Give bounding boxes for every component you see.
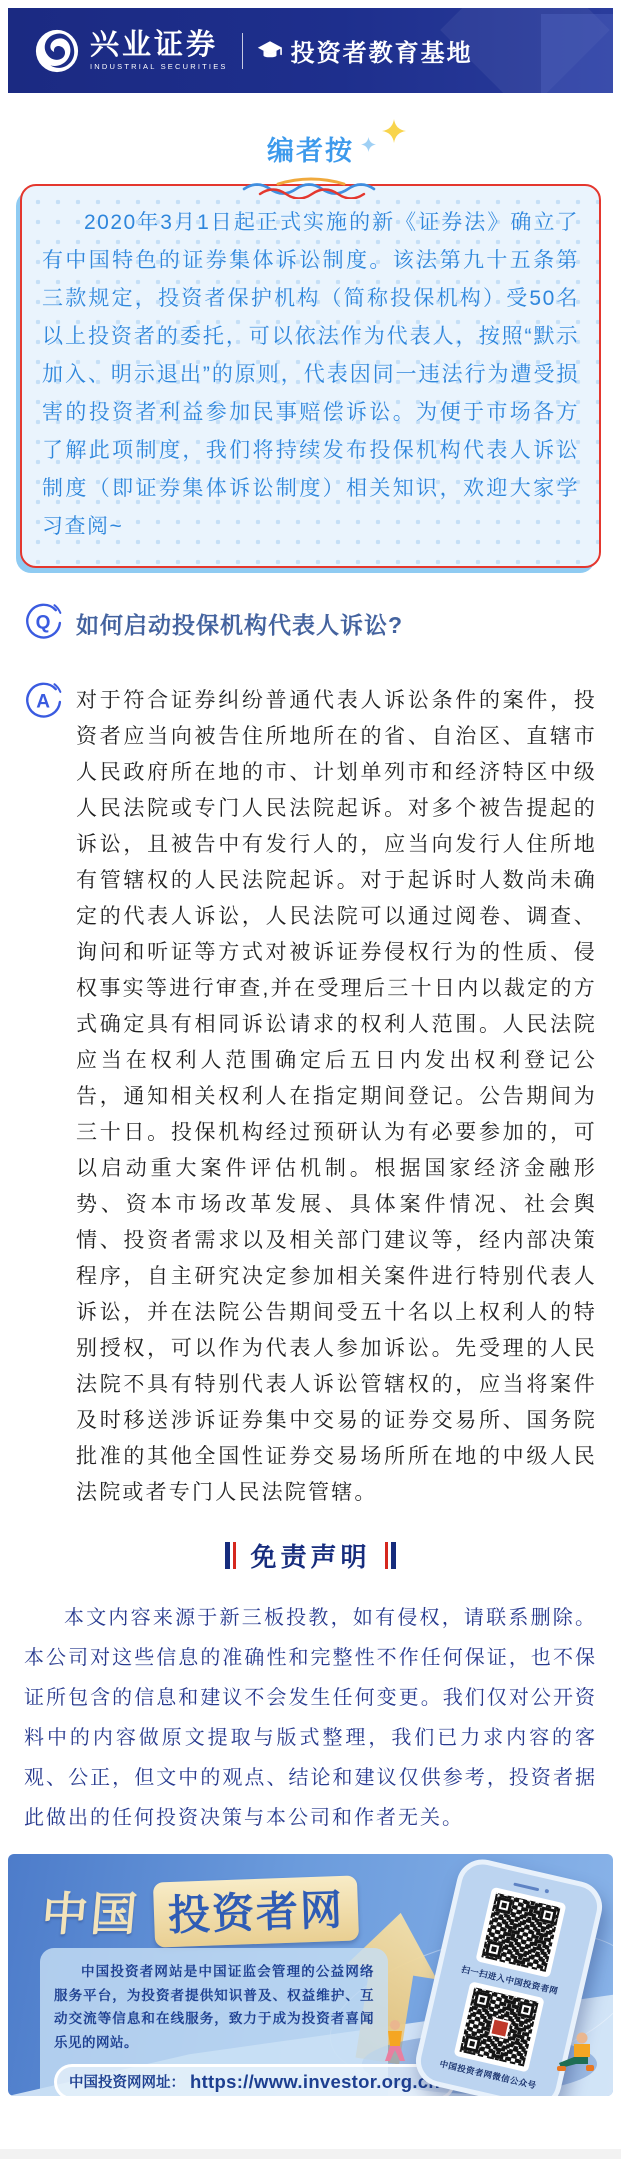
header-watermark-band (541, 14, 613, 93)
answer-text: 对于符合证券纠纷普通代表人诉讼条件的案件，投资者应当向被告住所地所在的省、自治区… (76, 683, 597, 1511)
article-page: 兴业证券 INDUSTRIAL SECURITIES 投资者教育基地 编者按 (0, 0, 621, 2184)
question-text: 如何启动投保机构代表人诉讼? (76, 607, 403, 640)
investor-network-banner: 中国 投资者网 中国投资者网站是中国证监会管理的公益网络服务平台，为投资者提供知… (8, 1854, 613, 2096)
svg-text:A: A (36, 691, 50, 712)
disclaimer-right-bars (385, 1542, 396, 1569)
url-label: 中国投资网网址： (69, 2071, 185, 2092)
disclaimer-title: 免责声明 (250, 1537, 370, 1574)
banner-title-part1: 中国 (39, 1878, 143, 1944)
editor-note-title: 编者按 (267, 136, 354, 166)
banner-description-card: 中国投资者网站是中国证监会管理的公益网络服务平台，为投资者提供知识普及、权益维护… (40, 1948, 388, 2096)
editor-note-heading-row: 编者按 (8, 129, 613, 168)
qa-section: Q 如何启动投保机构代表人诉讼? A 对于符合证券纠纷普通代表人诉讼条件的案件，… (24, 602, 597, 1511)
sparkle-yellow-icon (382, 119, 406, 148)
brand-name-cn: 兴业证券 (90, 31, 228, 60)
person-illustration-right (551, 2031, 599, 2078)
qr-code-wechat-account (454, 1981, 545, 2072)
banner-title-part2: 投资者网 (153, 1875, 359, 1947)
editor-note-body: 2020年3月1日起正式实施的新《证券法》确立了有中国特色的证券集体诉讼制度。该… (42, 204, 579, 546)
qr-code-investor-site (475, 1887, 566, 1978)
header-divider (242, 33, 243, 69)
answer-row: A 对于符合证券纠纷普通代表人诉讼条件的案件，投资者应当向被告住所地所在的省、自… (24, 681, 597, 1511)
url-value[interactable]: https://www.investor.org.cn (190, 2071, 440, 2093)
a-badge-icon: A (24, 681, 64, 726)
person-illustration-left (380, 2019, 410, 2070)
footer-strip (0, 2149, 621, 2159)
banner-title: 中国 投资者网 (42, 1878, 358, 1944)
disclaimer-heading-row: 免责声明 (8, 1537, 613, 1574)
wave-decoration-icon (216, 173, 406, 204)
sparkle-blue-icon (361, 137, 376, 157)
platform-title: 投资者教育基地 (291, 33, 473, 68)
graduation-cap-icon (257, 38, 283, 64)
brand-text: 兴业证券 INDUSTRIAL SECURITIES (90, 31, 228, 71)
brand-name-en: INDUSTRIAL SECURITIES (90, 63, 228, 71)
header-banner: 兴业证券 INDUSTRIAL SECURITIES 投资者教育基地 (8, 8, 613, 93)
svg-text:Q: Q (36, 612, 51, 633)
disclaimer-body: 本文内容来源于新三板投教，如有侵权，请联系删除。本公司对这些信息的准确性和完整性… (24, 1598, 597, 1838)
banner-description: 中国投资者网站是中国证监会管理的公益网络服务平台，为投资者提供知识普及、权益维护… (54, 1960, 374, 2055)
editor-note-box: 2020年3月1日起正式实施的新《证券法》确立了有中国特色的证券集体诉讼制度。该… (20, 184, 601, 568)
q-badge-icon: Q (24, 602, 64, 647)
industrial-securities-logo-icon (34, 28, 80, 74)
question-row: Q 如何启动投保机构代表人诉讼? (24, 602, 597, 647)
disclaimer-left-bars (225, 1542, 236, 1569)
